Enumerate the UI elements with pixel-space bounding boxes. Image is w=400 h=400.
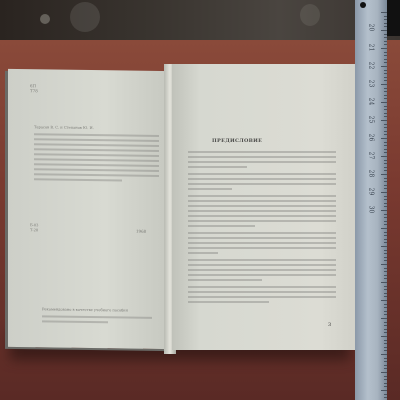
ruler-tick	[384, 37, 387, 38]
ruler-tick	[384, 41, 387, 42]
ruler-tick	[381, 12, 387, 13]
ruler-tick	[384, 16, 387, 17]
ruler-tick	[384, 235, 387, 236]
ruler-tick	[384, 358, 387, 359]
ruler-number: 28	[367, 170, 374, 178]
dark-corner	[387, 0, 400, 36]
ruler-tick	[384, 206, 387, 207]
ruler-tick	[381, 246, 387, 247]
ruler-tick	[384, 134, 387, 135]
ruler-tick	[381, 120, 387, 121]
ruler-tick	[384, 167, 387, 168]
ruler-number: 30	[367, 206, 374, 214]
ruler-tick	[384, 379, 387, 380]
ruler-tick	[384, 376, 387, 377]
ruler-tick	[384, 163, 387, 164]
footer-line: Рекомендовано в качестве учебного пособи…	[42, 307, 152, 314]
ruler-tick	[384, 278, 387, 279]
ruler-tick	[384, 181, 387, 182]
ruler-tick	[384, 286, 387, 287]
ruler-tick	[384, 217, 387, 218]
ruler-tick	[384, 365, 387, 366]
ruler-tick	[384, 253, 387, 254]
top-marks: 6П Т78	[30, 83, 38, 93]
ruler-tick	[384, 170, 387, 171]
ruler-number: 23	[367, 80, 374, 88]
ruler-tick	[384, 242, 387, 243]
ruler-number: 29	[367, 188, 374, 196]
ruler-number: 21	[367, 44, 374, 52]
ruler-tick	[384, 289, 387, 290]
ruler-tick	[384, 19, 387, 20]
ruler-tick	[381, 210, 387, 211]
ruler-tick	[384, 394, 387, 395]
ruler-tick	[384, 307, 387, 308]
ruler-tick	[384, 113, 387, 114]
ruler-tick	[381, 228, 387, 229]
ruler-tick	[384, 314, 387, 315]
ruler-tick	[384, 203, 387, 204]
ruler-tick	[384, 116, 387, 117]
ruler-tick	[384, 347, 387, 348]
ruler-tick	[384, 77, 387, 78]
ruler-tick	[384, 275, 387, 276]
ruler-tick	[384, 329, 387, 330]
ruler-tick	[384, 44, 387, 45]
ruler-tick	[384, 23, 387, 24]
ruler-hole	[360, 2, 366, 8]
ruler-tick	[384, 311, 387, 312]
ruler-tick	[384, 361, 387, 362]
ruler-tick	[384, 368, 387, 369]
ruler-tick	[384, 124, 387, 125]
ruler-tick	[384, 221, 387, 222]
ruler-number: 22	[367, 62, 374, 70]
ruler-tick	[384, 142, 387, 143]
ruler-tick	[381, 354, 387, 355]
ruler-tick	[381, 138, 387, 139]
ruler-tick	[381, 192, 387, 193]
year: 1968	[136, 229, 146, 234]
footer-note: Рекомендовано в качестве учебного пособи…	[42, 307, 152, 327]
ruler-tick	[384, 188, 387, 189]
ruler-tick	[381, 282, 387, 283]
ruler-tick	[381, 372, 387, 373]
ruler-tick	[381, 318, 387, 319]
ruler-tick	[384, 98, 387, 99]
ruler-tick	[381, 300, 387, 301]
ruler-tick	[384, 268, 387, 269]
ruler-tick	[384, 80, 387, 81]
page-number: 3	[328, 322, 331, 328]
ruler-tick	[381, 174, 387, 175]
ruler-tick	[384, 91, 387, 92]
ruler-tick	[384, 145, 387, 146]
ruler-tick	[384, 260, 387, 261]
ruler-tick	[384, 224, 387, 225]
ruler-tick	[384, 332, 387, 333]
mark: Т78	[30, 88, 38, 93]
ruler-tick	[384, 106, 387, 107]
ruler-tick	[381, 390, 387, 391]
ruler-tick	[384, 59, 387, 60]
preface-body	[188, 148, 336, 306]
ruler-tick	[384, 131, 387, 132]
ruler-tick	[384, 185, 387, 186]
wall-stain	[70, 2, 100, 32]
ruler-tick	[381, 48, 387, 49]
ruler-tick	[384, 304, 387, 305]
ruler-tick	[381, 30, 387, 31]
ruler-tick	[381, 156, 387, 157]
ruler-number: 20	[367, 24, 374, 32]
ruler-tick	[384, 386, 387, 387]
ruler-tick	[384, 397, 387, 398]
ruler-number: 26	[367, 134, 374, 142]
ruler-tick	[384, 239, 387, 240]
ruler-tick	[384, 34, 387, 35]
ruler-tick	[384, 250, 387, 251]
ruler-tick	[381, 66, 387, 67]
ruler-tick	[384, 325, 387, 326]
catalog-card: Тарасов В. С. и Степанов Ю. И.	[34, 125, 159, 185]
ruler-tick	[384, 383, 387, 384]
wall-stain	[300, 4, 320, 26]
left-page: 6П Т78 Тарасов В. С. и Степанов Ю. И. Б-…	[8, 69, 170, 349]
ruler-tick	[384, 340, 387, 341]
ruler-tick	[384, 62, 387, 63]
ruler-tick	[384, 343, 387, 344]
ruler-tick	[384, 257, 387, 258]
ruler-tick	[384, 73, 387, 74]
ruler-tick	[384, 199, 387, 200]
ruler-tick	[384, 214, 387, 215]
ruler-tick	[384, 296, 387, 297]
bottom-codes: Б-03 Т-28	[30, 223, 38, 233]
ruler-tick	[384, 149, 387, 150]
ruler-tick	[384, 160, 387, 161]
ruler-tick	[384, 26, 387, 27]
ruler-number: 24	[367, 98, 374, 106]
ruler-tick	[384, 109, 387, 110]
ruler-tick	[384, 88, 387, 89]
ruler-tick	[381, 264, 387, 265]
ruler-tick	[384, 178, 387, 179]
ruler-tick	[384, 350, 387, 351]
catalog-entry: Тарасов В. С. и Степанов Ю. И.	[34, 125, 159, 132]
ruler-tick	[384, 127, 387, 128]
ruler-tick	[384, 232, 387, 233]
ruler-number: 25	[367, 116, 374, 124]
preface-heading: ПРЕДИСЛОВИЕ	[212, 138, 262, 144]
ruler-number: 27	[367, 152, 374, 160]
metal-ruler: 20 21 22 23 24 25 26 27 28 29 30	[355, 0, 387, 400]
ruler-tick	[384, 196, 387, 197]
ruler-tick	[384, 95, 387, 96]
ruler-tick	[384, 322, 387, 323]
ruler-tick	[381, 336, 387, 337]
ruler-tick	[384, 70, 387, 71]
ruler-tick	[384, 293, 387, 294]
ruler-tick	[384, 152, 387, 153]
ruler-tick	[384, 52, 387, 53]
ruler-tick	[384, 271, 387, 272]
ruler-tick	[384, 55, 387, 56]
code: Т-28	[30, 228, 38, 233]
ruler-tick	[381, 102, 387, 103]
ruler-tick	[381, 84, 387, 85]
wall-stain	[40, 14, 50, 24]
background-wall	[0, 0, 400, 42]
